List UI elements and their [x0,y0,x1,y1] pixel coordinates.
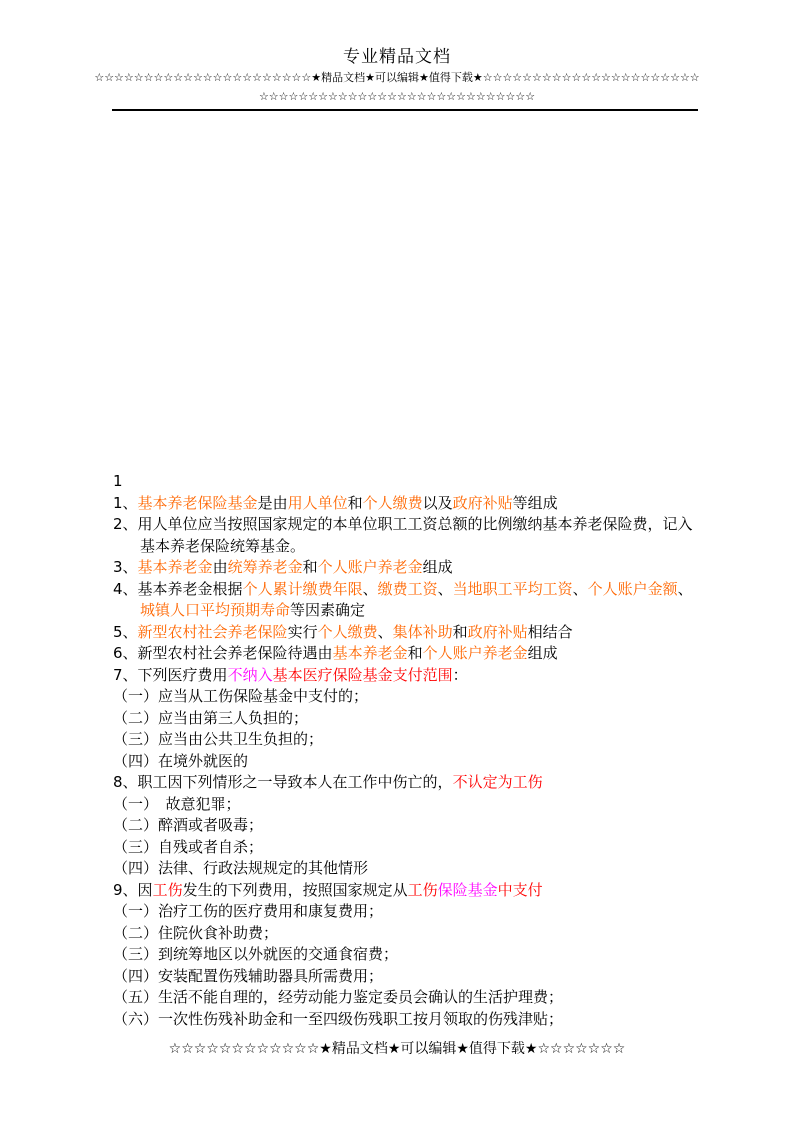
list-item: （四）法律、行政法规规定的其他情形 [113,858,695,880]
list-item: （四）安装配置伤残辅助器具所需费用； [113,966,695,988]
text-segment: 基本养老金 [333,644,408,662]
document-title: 专业精品文档 [0,46,794,68]
list-item: （一）应当从工伤保险基金中支付的； [113,686,695,708]
list-item: 5、新型农村社会养老保险实行个人缴费、集体补助和政府补贴相结合 [113,622,695,644]
list-item: 8、职工因下列情形之一导致本人在工作中伤亡的，不认定为工伤 [113,772,695,794]
text-segment: 工伤 [408,881,438,899]
list-item: （三）到统筹地区以外就医的交通食宿费； [113,944,695,966]
text-segment: 、 [363,580,378,598]
text-segment: 用人单位应当按照国家规定的本单位职工工资总额的比例缴纳基本养老保险费，记入基本养… [138,515,693,555]
text-segment: 新型农村社会养老保险 [138,623,288,641]
text-segment: 等组成 [513,494,558,512]
text-segment: （四）法律、行政法规规定的其他情形 [113,859,368,877]
text-segment: 政府补贴 [453,494,513,512]
text-segment: （一）治疗工伤的医疗费用和康复费用； [113,902,383,920]
list-item: 9、因工伤发生的下列费用，按照国家规定从工伤保险基金中支付 [113,880,695,902]
text-segment: 实行 [288,623,318,641]
text-segment: 由 [213,558,228,576]
text-segment: 中支付 [498,881,543,899]
text-segment: （四）安装配置伤残辅助器具所需费用； [113,967,383,985]
text-segment: 和 [453,623,468,641]
text-segment: 基本养老金 [138,558,213,576]
text-segment: 不认定为工伤 [453,773,543,791]
text-segment: 个人缴费 [363,494,423,512]
text-segment: 基本养老金根据 [138,580,243,598]
text-segment: （一） 故意犯罪； [113,795,241,813]
text-segment: 个人账户养老金 [318,558,423,576]
page-header: 专业精品文档 ☆☆☆☆☆☆☆☆☆☆☆☆☆☆☆☆☆☆☆☆☆☆★精品文档★可以编辑★… [0,46,794,111]
list-item: （一） 故意犯罪； [113,794,695,816]
text-segment: 组成 [423,558,453,576]
list-item: 2、用人单位应当按照国家规定的本单位职工工资总额的比例缴纳基本养老保险费，记入基… [113,514,695,557]
item-number: 9、 [113,881,138,899]
list-item: （三）自残或者自杀； [113,837,695,859]
text-segment: 保险基金 [438,881,498,899]
text-segment: （五）生活不能自理的，经劳动能力鉴定委员会确认的生活护理费； [113,988,563,1006]
text-segment: （二）醉酒或者吸毒； [113,816,263,834]
text-segment: 、 [378,623,393,641]
text-segment: 个人累计缴费年限 [243,580,363,598]
list-item: 7、下列医疗费用不纳入基本医疗保险基金支付范围： [113,665,695,687]
text-segment: 个人缴费 [318,623,378,641]
item-number: 7、 [113,666,138,684]
text-segment: 因 [138,881,153,899]
text-segment: 统筹养老金 [228,558,303,576]
page-footer: ☆☆☆☆☆☆☆☆☆☆☆☆★精品文档★可以编辑★值得下载★☆☆☆☆☆☆☆ [0,1039,794,1059]
section-number: 1 [113,471,695,493]
text-segment: （四）在境外就医的 [113,752,248,770]
text-segment: 用人单位 [288,494,348,512]
text-segment: （六）一次性伤残补助金和一至四级伤残职工按月领取的伤残津贴； [113,1010,563,1028]
text-segment: 工伤 [153,881,183,899]
text-segment: 基本医疗保险基金支付范围 [273,666,453,684]
text-segment: 相结合 [528,623,573,641]
text-segment: （三）自残或者自杀； [113,838,263,856]
text-segment: 不纳入 [228,666,273,684]
text-segment: 新型农村社会养老保险待遇由 [138,644,333,662]
list-item: （五）生活不能自理的，经劳动能力鉴定委员会确认的生活护理费； [113,987,695,1009]
text-segment: 和 [408,644,423,662]
list-item: （二）应当由第三人负担的； [113,708,695,730]
text-segment: （二）应当由第三人负担的； [113,709,308,727]
text-segment: 和 [348,494,363,512]
item-number: 6、 [113,644,138,662]
text-segment: 、 [438,580,453,598]
text-segment: （三）应当由公共卫生负担的； [113,730,323,748]
header-divider [112,109,698,111]
header-stars-line-1: ☆☆☆☆☆☆☆☆☆☆☆☆☆☆☆☆☆☆☆☆☆☆★精品文档★可以编辑★值得下载★☆☆… [0,68,794,87]
list-item: （二）住院伙食补助费； [113,923,695,945]
text-segment: 基本养老保险基金 [138,494,258,512]
list-item: 6、新型农村社会养老保险待遇由基本养老金和个人账户养老金组成 [113,643,695,665]
list-item: （六）一次性伤残补助金和一至四级伤残职工按月领取的伤残津贴； [113,1009,695,1031]
text-segment: （二）住院伙食补助费； [113,924,278,942]
text-segment: ： [453,666,468,684]
text-segment: 集体补助 [393,623,453,641]
text-segment: 等因素确定 [290,601,365,619]
document-body: 1 1、基本养老保险基金是由用人单位和个人缴费以及政府补贴等组成2、用人单位应当… [113,471,695,1030]
item-number: 4、 [113,580,138,598]
text-segment: 个人账户金额 [588,580,678,598]
list-item: （三）应当由公共卫生负担的； [113,729,695,751]
item-number: 3、 [113,558,138,576]
item-number: 2、 [113,515,138,533]
text-segment: 职工因下列情形之一导致本人在工作中伤亡的， [138,773,453,791]
text-segment: 缴费工资 [378,580,438,598]
text-segment: 发生的下列费用，按照国家规定从 [183,881,408,899]
document-body-list: 1、基本养老保险基金是由用人单位和个人缴费以及政府补贴等组成2、用人单位应当按照… [113,493,695,1031]
text-segment: 是由 [258,494,288,512]
list-item: （一）治疗工伤的医疗费用和康复费用； [113,901,695,923]
document-page: 专业精品文档 ☆☆☆☆☆☆☆☆☆☆☆☆☆☆☆☆☆☆☆☆☆☆★精品文档★可以编辑★… [0,0,794,1123]
text-segment: 当地职工平均工资 [453,580,573,598]
item-number: 1、 [113,494,138,512]
text-segment: 、 [678,580,693,598]
item-number: 8、 [113,773,138,791]
text-segment: （三）到统筹地区以外就医的交通食宿费； [113,945,398,963]
text-segment: （一）应当从工伤保险基金中支付的； [113,687,368,705]
text-segment: 政府补贴 [468,623,528,641]
text-segment: 下列医疗费用 [138,666,228,684]
text-segment: 城镇人口平均预期寿命 [140,601,290,619]
list-item: （四）在境外就医的 [113,751,695,773]
text-segment: 个人账户养老金 [423,644,528,662]
list-item: 3、基本养老金由统筹养老金和个人账户养老金组成 [113,557,695,579]
list-item: 1、基本养老保险基金是由用人单位和个人缴费以及政府补贴等组成 [113,493,695,515]
text-segment: 以及 [423,494,453,512]
list-item: 4、基本养老金根据个人累计缴费年限、缴费工资、当地职工平均工资、个人账户金额、城… [113,579,695,622]
list-item: （二）醉酒或者吸毒； [113,815,695,837]
footer-stars-line: ☆☆☆☆☆☆☆☆☆☆☆☆★精品文档★可以编辑★值得下载★☆☆☆☆☆☆☆ [169,1041,626,1057]
text-segment: 组成 [528,644,558,662]
item-number: 5、 [113,623,138,641]
text-segment: 和 [303,558,318,576]
text-segment: 、 [573,580,588,598]
header-stars-line-2: ☆☆☆☆☆☆☆☆☆☆☆☆☆☆☆☆☆☆☆☆☆☆☆☆☆☆☆☆ [0,87,794,106]
